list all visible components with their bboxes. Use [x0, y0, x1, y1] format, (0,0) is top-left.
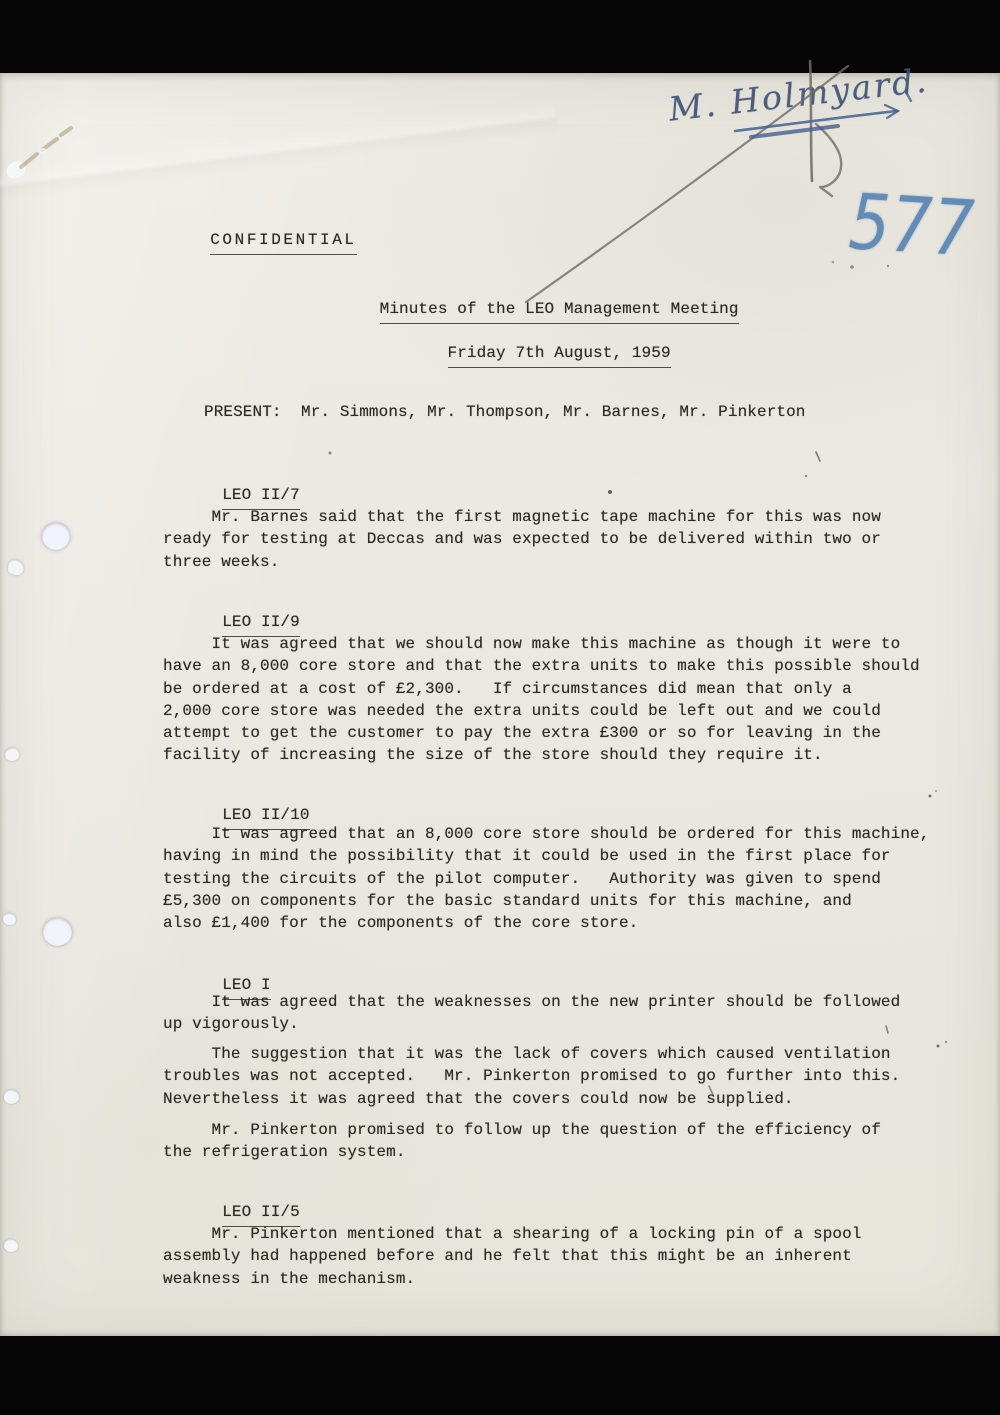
classification-stamp: CONFIDENTIAL [137, 207, 357, 277]
punch-hole-bottom [43, 918, 72, 946]
scanned-document: CONFIDENTIAL Minutes of the LEO Manageme… [0, 0, 1000, 1415]
section-paragraph: It was agreed that the weaknesses on the… [163, 991, 983, 1036]
handwritten-page-number: 577 [847, 178, 977, 275]
section-paragraph: It was agreed that we should now make th… [163, 633, 983, 767]
section-paragraph: Mr. Pinkerton promised to follow up the … [163, 1119, 983, 1164]
document-date: Friday 7th August, 1959 [448, 342, 671, 367]
classification-text: CONFIDENTIAL [210, 229, 356, 254]
section-paragraph: The suggestion that it was the lack of c… [163, 1043, 983, 1110]
present-line: PRESENT: Mr. Simmons, Mr. Thompson, Mr. … [204, 401, 806, 423]
document-date-row: Friday 7th August, 1959 [60, 320, 1000, 390]
scan-black-margin-bottom [0, 1336, 1000, 1415]
scan-black-margin-top [0, 0, 1000, 73]
section-paragraph: Mr. Pinkerton mentioned that a shearing … [163, 1223, 983, 1290]
punch-hole-top [42, 523, 70, 550]
section-paragraph: Mr. Barnes said that the first magnetic … [163, 506, 983, 573]
paper-crease [0, 100, 558, 202]
edge-tear [3, 913, 16, 925]
section-paragraph: It was agreed that an 8,000 core store s… [163, 823, 983, 934]
